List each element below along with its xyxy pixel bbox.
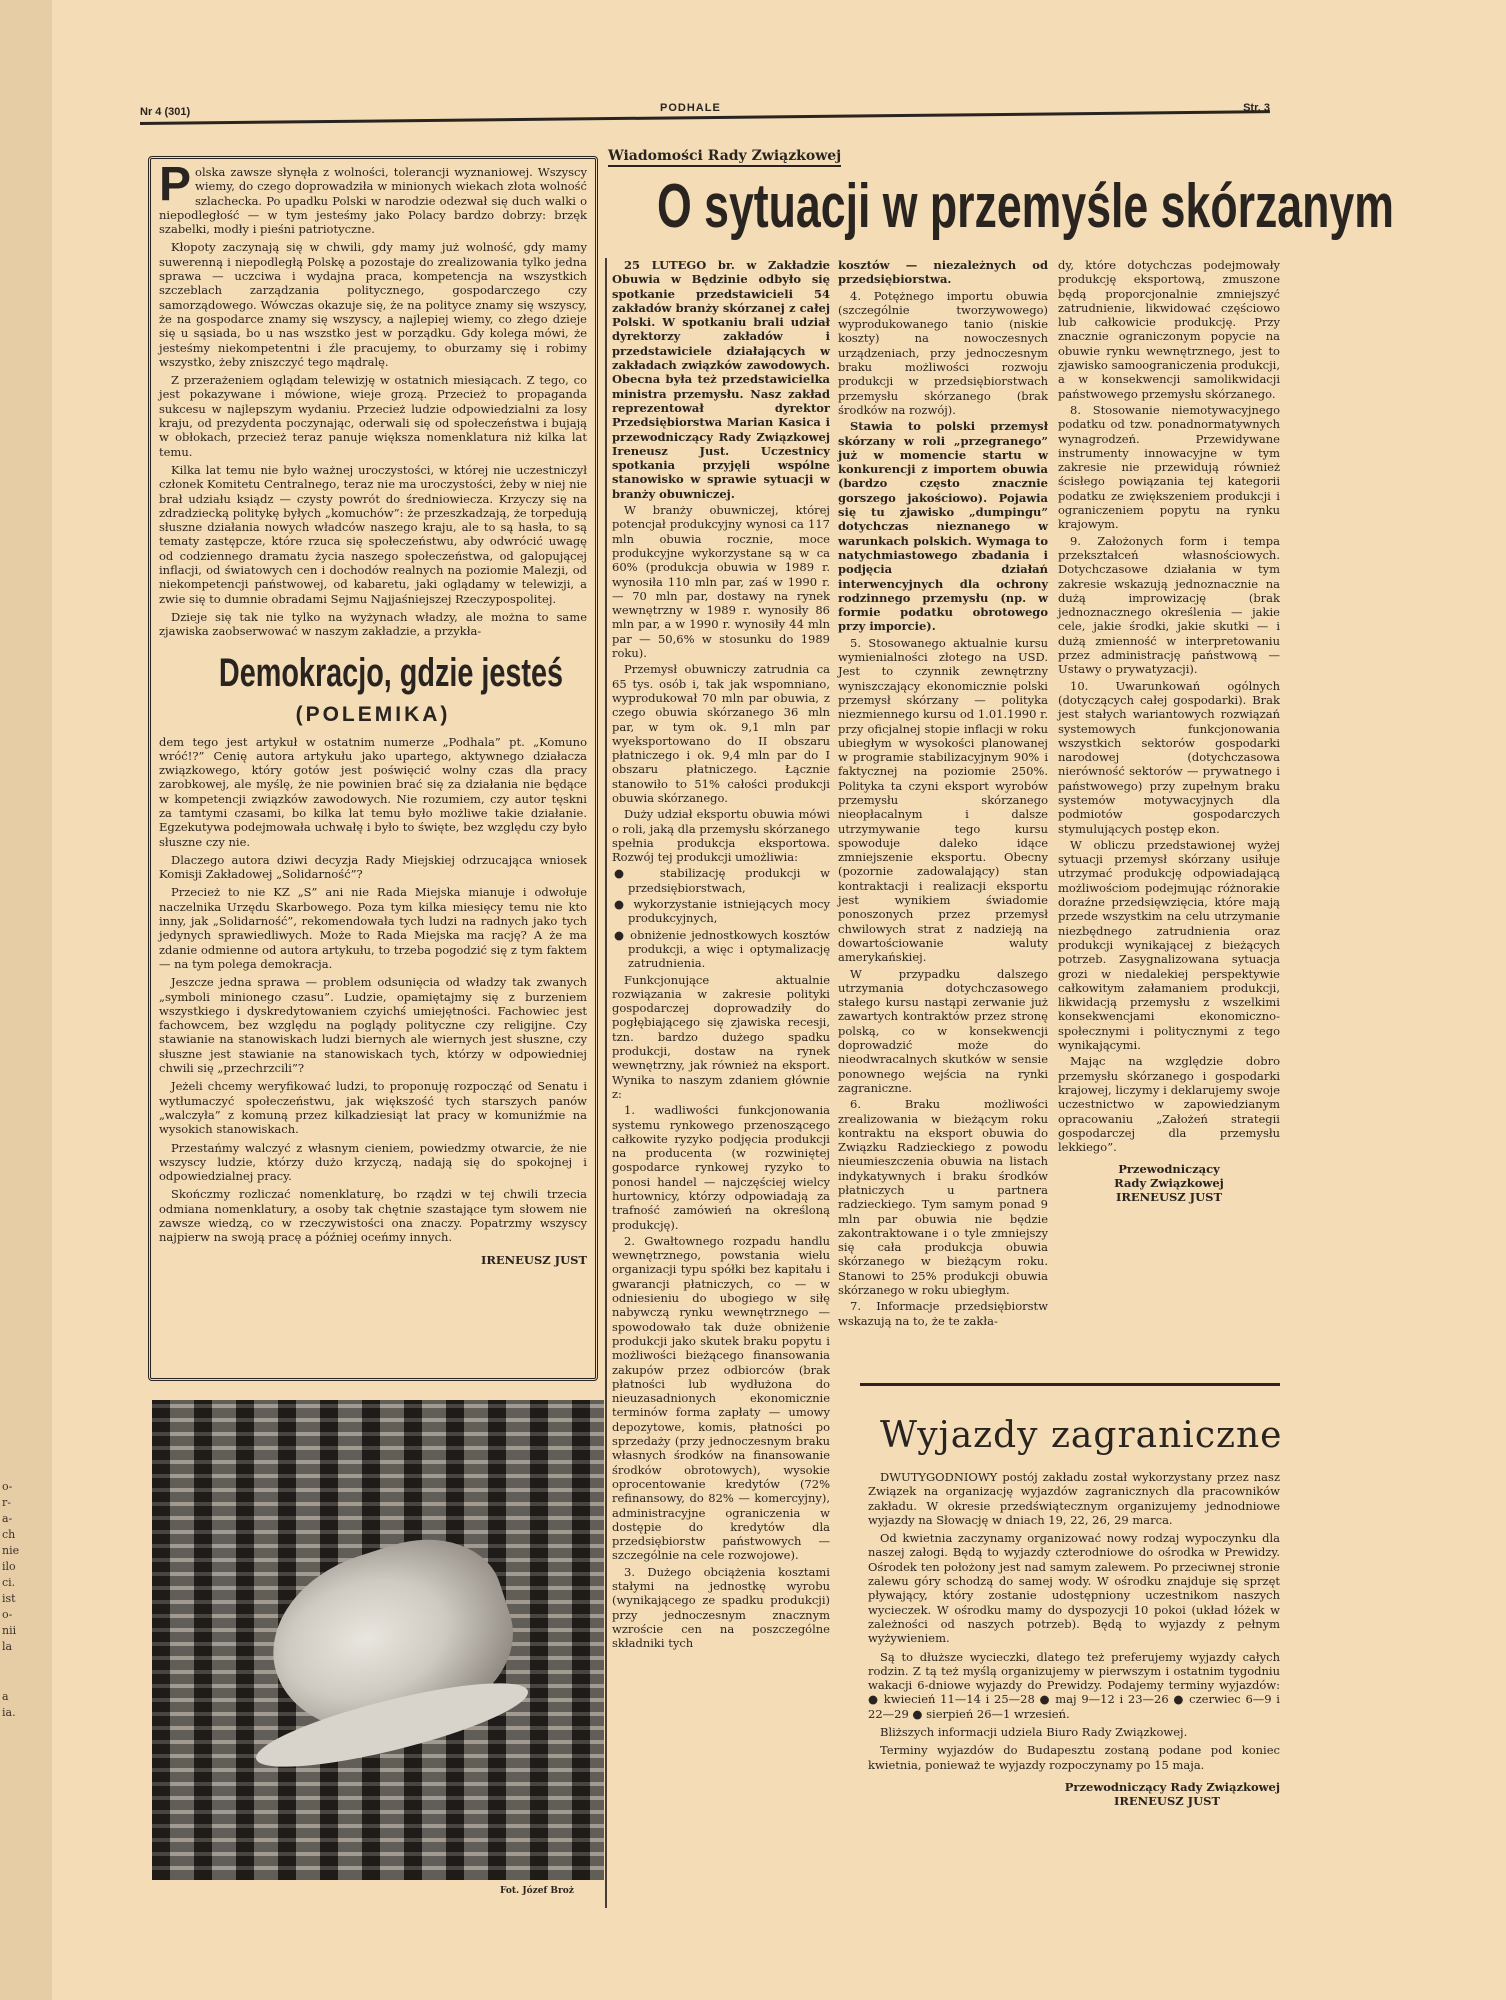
- section-kicker: Wiadomości Rady Związkowej: [608, 148, 841, 167]
- polemic-paragraph: Przecież to nie KZ „S” ani nie Rada Miej…: [159, 885, 587, 971]
- edge-fragment: ilo: [2, 1560, 16, 1573]
- polemic-paragraph: dem tego jest artykuł w ostatnim numerze…: [159, 735, 587, 849]
- article-paragraph: 25 LUTEGO br. w Zakładzie Obuwia w Będzi…: [612, 258, 830, 501]
- shoe-photo: [152, 1400, 604, 1880]
- drop-cap: P: [159, 165, 191, 205]
- trips-paragraph: Są to dłuższe wycieczki, dlatego też pre…: [868, 1650, 1280, 1721]
- article-paragraph: 5. Stosowanego aktualnie kursu wymienial…: [838, 636, 1048, 965]
- article-paragraph: 2. Gwałtownego rozpadu handlu wewnętrzne…: [612, 1234, 830, 1563]
- edge-fragment: a-: [2, 1512, 12, 1525]
- polemic-paragraph: Polska zawsze słynęła z wolności, tolera…: [159, 165, 587, 236]
- trips-rule: [860, 1383, 1280, 1386]
- article-paragraph: Stawia to polski przemysł skórzany w rol…: [838, 419, 1048, 633]
- polemic-signature: IRENEUSZ JUST: [159, 1253, 587, 1267]
- trips-title: Wyjazdy zagraniczne: [880, 1415, 1282, 1456]
- article-paragraph: 9. Założonych form i tempa przekształceń…: [1058, 534, 1280, 677]
- masthead: PODHALE: [660, 102, 721, 114]
- adjacent-page-edge: o- r- a- ch nie ilo ci. ist o- nii la a …: [0, 0, 54, 2000]
- edge-fragment: la: [2, 1640, 12, 1653]
- polemic-article-box: Polska zawsze słynęła z wolności, tolera…: [148, 156, 598, 1381]
- polemic-paragraph: Kilka lat temu nie było ważnej uroczysto…: [159, 463, 587, 606]
- bullet-item: ● obniżenie jednostkowych kosztów produk…: [612, 928, 830, 971]
- article-paragraph: dy, które dotychczas podejmowały produkc…: [1058, 258, 1280, 401]
- edge-fragment: ia.: [2, 1706, 16, 1719]
- polemic-title: Demokracjo, gdzie jesteś: [219, 649, 527, 697]
- article-signature: Przewodniczący Rady Związkowej IRENEUSZ …: [1058, 1162, 1280, 1204]
- edge-fragment: ist: [2, 1592, 16, 1605]
- polemic-paragraph: Przestańmy walczyć z własnym cieniem, po…: [159, 1141, 587, 1184]
- article-paragraph: Przemysł obuwniczy zatrudnia ca 65 tys. …: [612, 662, 830, 805]
- article-paragraph: W branży obuwniczej, której potencjał pr…: [612, 503, 830, 660]
- article-paragraph: 10. Uwarunkowań ogólnych (dotyczących ca…: [1058, 679, 1280, 836]
- polemic-paragraph: Skończmy rozliczać nomenklaturę, bo rząd…: [159, 1187, 587, 1244]
- polemic-paragraph: Jeżeli chcemy weryfikować ludzi, to prop…: [159, 1079, 587, 1136]
- trips-article: DWUTYGODNIOWY postój zakładu został wyko…: [868, 1470, 1280, 1808]
- trips-paragraph: Terminy wyjazdów do Budapesztu zostaną p…: [868, 1743, 1280, 1772]
- article-paragraph: 6. Braku możliwości zrealizowania w bież…: [838, 1097, 1048, 1297]
- article-paragraph: 7. Informacje przedsiębiorstw wskazują n…: [838, 1299, 1048, 1328]
- polemic-paragraph: Dlaczego autora dziwi decyzja Rady Miejs…: [159, 853, 587, 882]
- article-paragraph: 3. Dużego obciążenia kosztami stałymi na…: [612, 1565, 830, 1651]
- polemic-subtitle: (POLEMIKA): [159, 703, 587, 727]
- trips-paragraph: Bliższych informacji udziela Biuro Rady …: [868, 1725, 1280, 1739]
- edge-fragment: a: [2, 1690, 9, 1703]
- column-rule: [605, 258, 607, 1908]
- edge-fragment: o-: [2, 1608, 12, 1621]
- article-column-2: kosztów — niezależnych od przedsiębiorst…: [838, 258, 1048, 1330]
- edge-fragment: o-: [2, 1480, 12, 1493]
- trips-paragraph: DWUTYGODNIOWY postój zakładu został wyko…: [868, 1470, 1280, 1527]
- article-paragraph: W przypadku dalszego utrzymania dotychcz…: [838, 967, 1048, 1096]
- article-paragraph: Mając na względzie dobro przemysłu skórz…: [1058, 1054, 1280, 1154]
- edge-fragment: r-: [2, 1496, 11, 1509]
- issue-number: Nr 4 (301): [140, 106, 190, 118]
- article-paragraph: W obliczu przedstawionej wyżej sytuacji …: [1058, 838, 1280, 1052]
- article-column-3: dy, które dotychczas podejmowały produkc…: [1058, 258, 1280, 1204]
- polemic-paragraph: Jeszcze jedna sprawa — problem odsunięci…: [159, 975, 587, 1075]
- article-paragraph: 8. Stosowanie niemotywacyjnego podatku o…: [1058, 403, 1280, 532]
- edge-fragment: nii: [2, 1624, 16, 1637]
- article-column-1: 25 LUTEGO br. w Zakładzie Obuwia w Będzi…: [612, 258, 830, 1653]
- article-paragraph: Funkcjonujące aktualnie rozwiązania w za…: [612, 973, 830, 1102]
- bullet-item: ● wykorzystanie istniejących mocy produk…: [612, 897, 830, 926]
- polemic-paragraph: Z przerażeniem oglądam telewizję w ostat…: [159, 373, 587, 459]
- article-title: O sytuacji w przemyśle skórzanym: [657, 172, 1233, 242]
- bullet-item: ● stabilizację produkcji w przedsiębiors…: [612, 866, 830, 895]
- edge-fragment: nie: [2, 1544, 19, 1557]
- article-paragraph: 1. wadliwości funkcjonowania systemu ryn…: [612, 1103, 830, 1232]
- edge-fragment: ci.: [2, 1576, 15, 1589]
- trips-signature: Przewodniczący Rady Związkowej IRENEUSZ …: [868, 1780, 1280, 1808]
- article-paragraph: kosztów — niezależnych od przedsiębiorst…: [838, 258, 1048, 287]
- polemic-paragraph: Dzieje się tak nie tylko na wyżynach wła…: [159, 610, 587, 639]
- photo-credit: Fot. Józef Broż: [500, 1886, 574, 1896]
- edge-fragment: ch: [2, 1528, 15, 1541]
- article-paragraph: 4. Potężnego importu obuwia (szczególnie…: [838, 289, 1048, 418]
- trips-paragraph: Od kwietnia zaczynamy organizować nowy r…: [868, 1531, 1280, 1645]
- polemic-paragraph: Kłopoty zaczynają się w chwili, gdy mamy…: [159, 240, 587, 369]
- article-paragraph: Duży udział eksportu obuwia mówi o roli,…: [612, 807, 830, 864]
